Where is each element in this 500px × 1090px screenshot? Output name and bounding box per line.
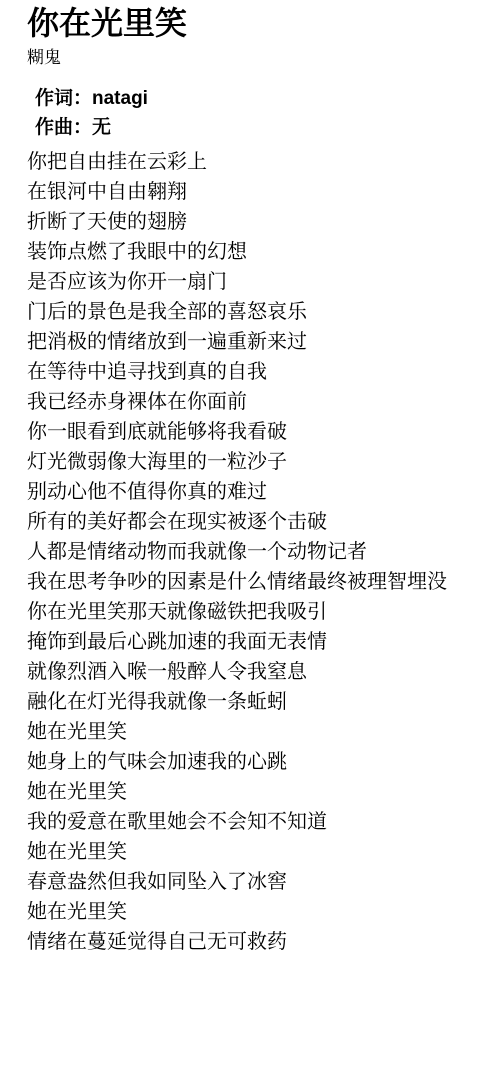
lyric-line: 我在思考争吵的因素是什么情绪最终被理智埋没: [27, 567, 490, 597]
lyric-line: 你一眼看到底就能够将我看破: [27, 417, 490, 447]
lyric-line: 门后的景色是我全部的喜怒哀乐: [27, 297, 490, 327]
lyric-line: 融化在灯光得我就像一条蚯蚓: [27, 687, 490, 717]
lyric-line: 她在光里笑: [27, 717, 490, 747]
composer-credit: 作曲：无: [35, 113, 490, 142]
lyric-line: 她身上的气味会加速我的心跳: [27, 747, 490, 777]
lyric-line: 别动心他不值得你真的难过: [27, 477, 490, 507]
lyric-line: 灯光微弱像大海里的一粒沙子: [27, 447, 490, 477]
lyric-line: 所有的美好都会在现实被逐个击破: [27, 507, 490, 537]
lyric-line: 在等待中追寻找到真的自我: [27, 357, 490, 387]
lyric-line: 她在光里笑: [27, 837, 490, 867]
lyric-line: 我已经赤身裸体在你面前: [27, 387, 490, 417]
lyric-line: 我的爱意在歌里她会不会知不知道: [27, 807, 490, 837]
lyric-line: 折断了天使的翅膀: [27, 207, 490, 237]
lyric-line: 你在光里笑那天就像磁铁把我吸引: [27, 597, 490, 627]
lyric-line: 她在光里笑: [27, 897, 490, 927]
lyric-line: 春意盎然但我如同坠入了冰窖: [27, 867, 490, 897]
lyric-line: 你把自由挂在云彩上: [27, 147, 490, 177]
lyric-line: 是否应该为你开一扇门: [27, 267, 490, 297]
lyric-line: 掩饰到最后心跳加速的我面无表情: [27, 627, 490, 657]
lyric-line: 她在光里笑: [27, 777, 490, 807]
song-title: 你在光里笑: [27, 6, 490, 42]
lyricist-credit: 作词：natagi: [35, 84, 490, 113]
lyrics-body: 你把自由挂在云彩上在银河中自由翱翔折断了天使的翅膀装饰点燃了我眼中的幻想是否应该…: [27, 147, 490, 957]
lyric-line: 情绪在蔓延觉得自己无可救药: [27, 927, 490, 957]
lyrics-page: 你在光里笑 糊鬼 作词：natagi 作曲：无 你把自由挂在云彩上在银河中自由翱…: [0, 0, 500, 1090]
lyric-line: 就像烈酒入喉一般醉人令我窒息: [27, 657, 490, 687]
artist-name: 糊鬼: [27, 47, 490, 69]
lyric-line: 在银河中自由翱翔: [27, 177, 490, 207]
lyric-line: 人都是情绪动物而我就像一个动物记者: [27, 537, 490, 567]
lyric-line: 装饰点燃了我眼中的幻想: [27, 237, 490, 267]
lyric-line: 把消极的情绪放到一遍重新来过: [27, 327, 490, 357]
credits-block: 作词：natagi 作曲：无: [27, 84, 490, 142]
